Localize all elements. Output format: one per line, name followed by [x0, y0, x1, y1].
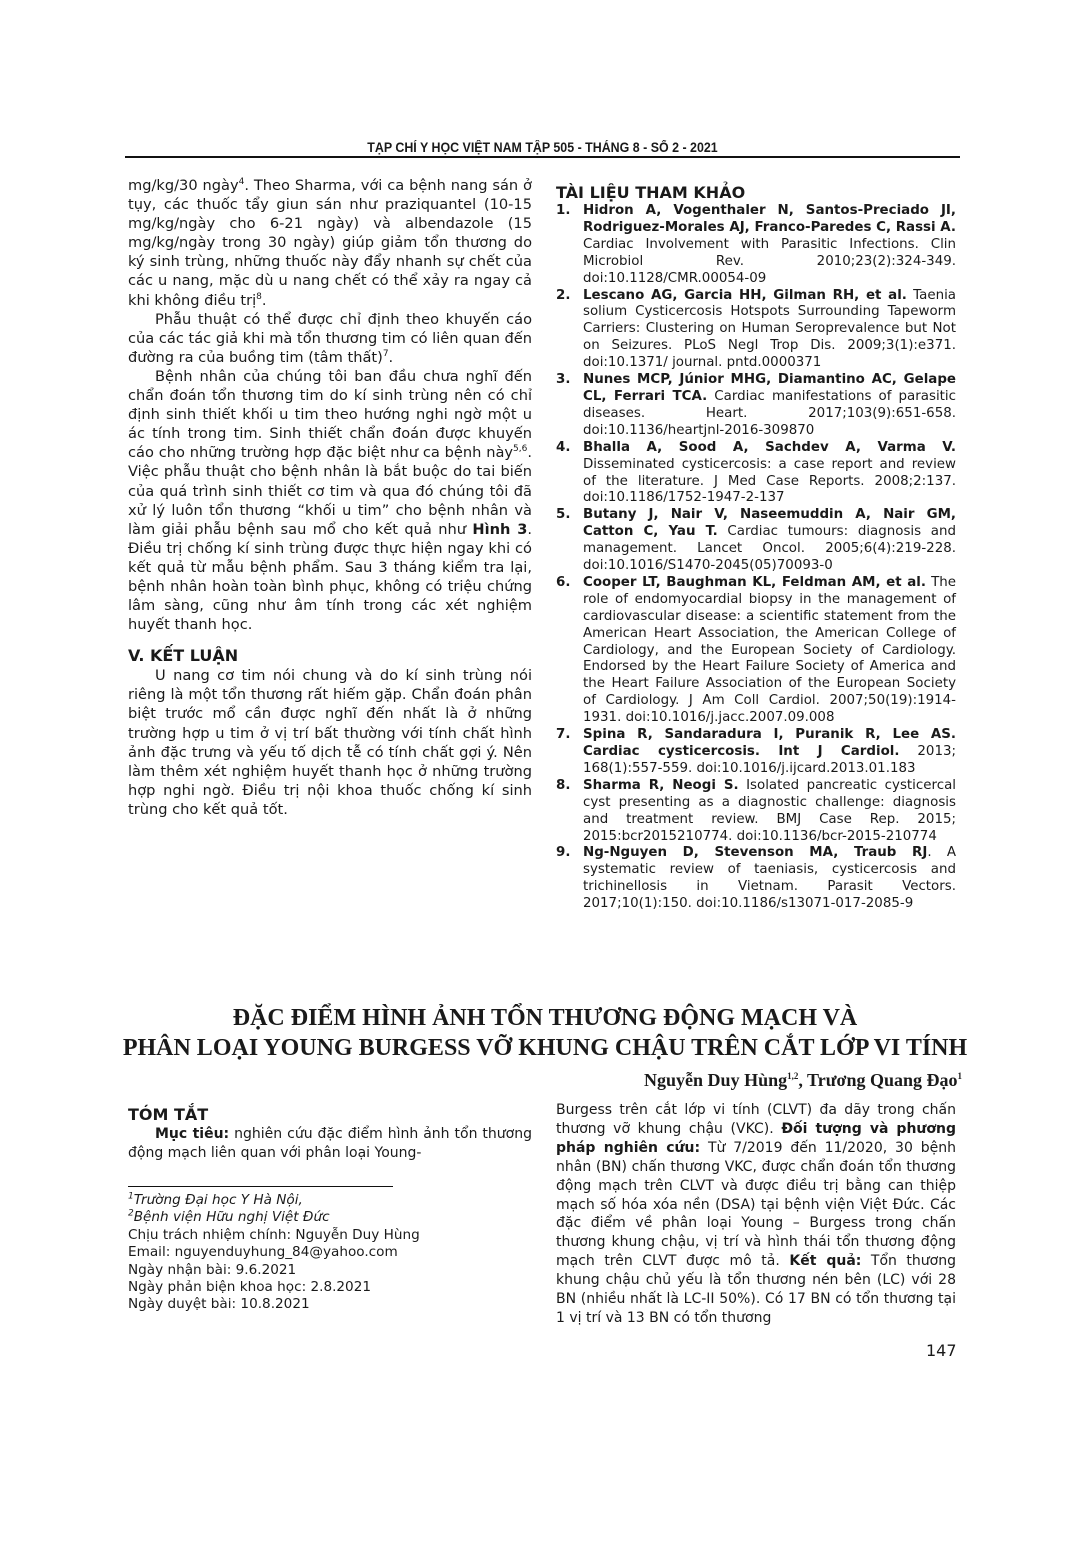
journal-page: TẠP CHÍ Y HỌC VIỆT NAM TẬP 505 - THÁNG 8…: [0, 0, 1090, 1541]
email[interactable]: Email: nguyenduyhung_84@yahoo.com: [128, 1244, 532, 1261]
abstract-left: TÓM TẮT Mục tiêu: nghiên cứu đặc điểm hì…: [128, 1104, 532, 1163]
reference-item: 2.Lescano AG, Garcia HH, Gilman RH, et a…: [556, 288, 956, 373]
references-heading: TÀI LIỆU THAM KHẢO: [556, 183, 956, 203]
affiliation-2: 2Bệnh viện Hữu nghị Việt Đức: [128, 1209, 532, 1226]
abstract-right: Burgess trên cắt lớp vi tính (CLVT) đa d…: [556, 1101, 956, 1328]
reference-item: 4.Bhalla A, Sood A, Sachdev A, Varma V. …: [556, 440, 956, 508]
article-authors: Nguyễn Duy Hùng1,2, Trương Quang Đạo1: [644, 1070, 962, 1091]
paragraph-patient: Bệnh nhân của chúng tôi ban đầu chưa ngh…: [128, 367, 532, 634]
reference-item: 8.Sharma R, Neogi S. Isolated pancreatic…: [556, 778, 956, 846]
abstract-heading: TÓM TẮT: [128, 1104, 532, 1125]
reference-item: 7.Spina R, Sandaradura I, Puranik R, Lee…: [556, 727, 956, 778]
reference-item: 9.Ng-Nguyen D, Stevenson MA, Traub RJ. A…: [556, 845, 956, 913]
running-header: TẠP CHÍ Y HỌC VIỆT NAM TẬP 505 - THÁNG 8…: [158, 140, 926, 155]
left-column: mg/kg/30 ngày4. Theo Sharma, với ca bệnh…: [128, 176, 532, 819]
reference-item: 5.Butany J, Nair V, Naseemuddin A, Nair …: [556, 507, 956, 575]
page-number: 147: [926, 1341, 957, 1360]
header-rule: [125, 156, 960, 158]
reference-item: 6.Cooper LT, Baughman KL, Feldman AM, et…: [556, 575, 956, 727]
footnote-rule: [128, 1186, 393, 1187]
footnotes: 1Trường Đại học Y Hà Nội, 2Bệnh viện Hữu…: [128, 1192, 532, 1314]
date-accepted: Ngày duyệt bài: 10.8.2021: [128, 1296, 532, 1313]
date-received: Ngày nhận bài: 9.6.2021: [128, 1262, 532, 1279]
corresponding-author: Chịu trách nhiệm chính: Nguyễn Duy Hùng: [128, 1227, 532, 1244]
conclusion-heading: V. KẾT LUẬN: [128, 645, 532, 666]
abstract-objective: Mục tiêu: nghiên cứu đặc điểm hình ảnh t…: [128, 1125, 532, 1163]
references-section: TÀI LIỆU THAM KHẢO 1.Hidron A, Vogenthal…: [556, 183, 956, 913]
paragraph-surgery: Phẫu thuật có thể được chỉ định theo khu…: [128, 310, 532, 367]
paragraph-treatment: mg/kg/30 ngày4. Theo Sharma, với ca bệnh…: [128, 176, 532, 310]
affiliation-1: 1Trường Đại học Y Hà Nội,: [128, 1192, 532, 1209]
reference-item: 3.Nunes MCP, Júnior MHG, Diamantino AC, …: [556, 372, 956, 440]
article-title: ĐẶC ĐIỂM HÌNH ẢNH TỔN THƯƠNG ĐỘNG MẠCH V…: [120, 1003, 970, 1063]
figure-reference[interactable]: Hình 3: [472, 521, 527, 538]
conclusion-paragraph: U nang cơ tim nói chung và do kí sinh tr…: [128, 666, 532, 819]
date-reviewed: Ngày phản biện khoa học: 2.8.2021: [128, 1279, 532, 1296]
reference-item: 1.Hidron A, Vogenthaler N, Santos-Precia…: [556, 203, 956, 288]
reference-list: 1.Hidron A, Vogenthaler N, Santos-Precia…: [556, 203, 956, 913]
